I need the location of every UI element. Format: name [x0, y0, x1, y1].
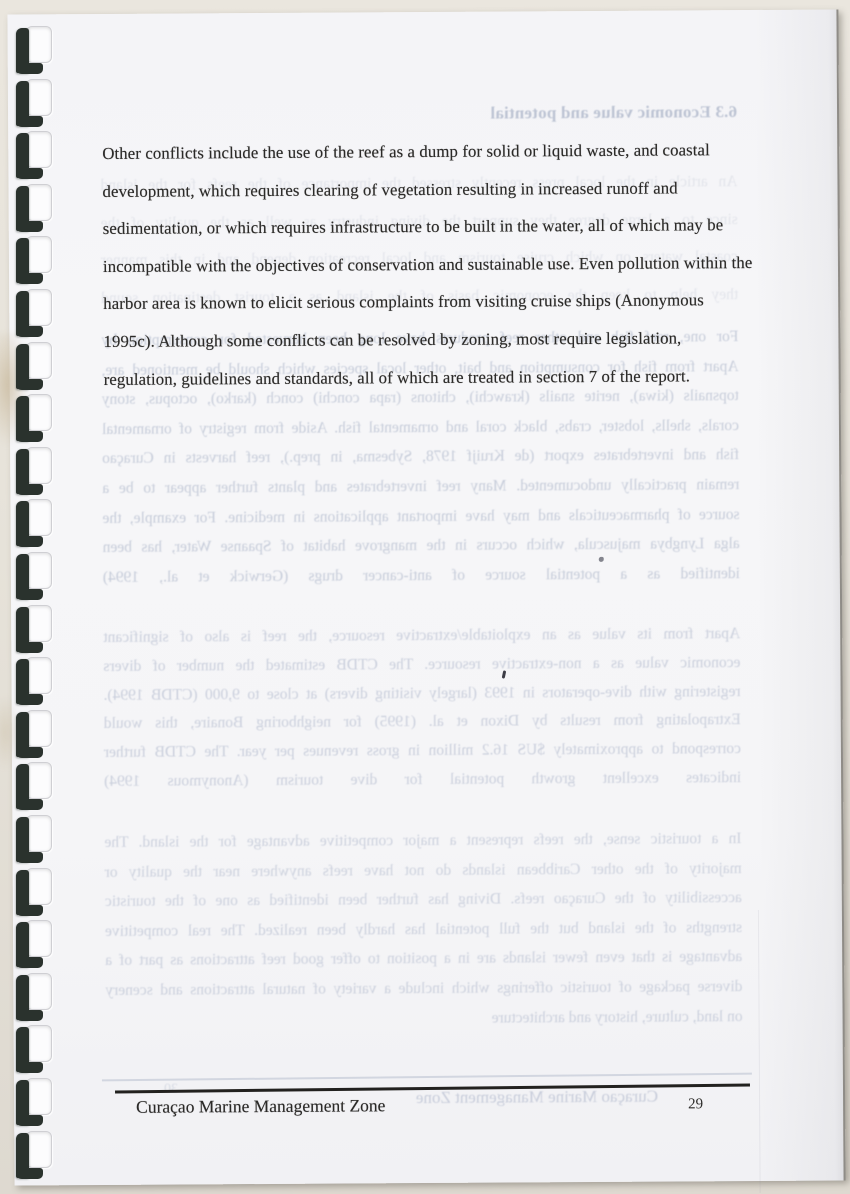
paper-sheet: 6.3 Economic value and potential An arti… [7, 9, 845, 1185]
comb-tooth-foot [16, 799, 43, 810]
body-text-line: Other conflicts include the use of the r… [102, 131, 746, 173]
comb-tooth-foot [16, 694, 43, 705]
punched-hole [26, 973, 52, 1010]
comb-tooth-foot [16, 1062, 43, 1073]
ghost-text-line: remain practically undocumented. Many re… [102, 470, 739, 503]
footer-rule [115, 1083, 750, 1092]
binding-tab [14, 1078, 66, 1128]
binding-tab [14, 552, 66, 602]
binding-tab [14, 79, 66, 129]
punched-hole [26, 920, 52, 957]
binding-tab [14, 657, 66, 707]
ghost-text-line: Apart from its value as an exploitable/e… [103, 620, 740, 653]
comb-tooth-foot [16, 905, 43, 916]
ghost-text-line: registering with dive-operators in 1993 … [104, 678, 741, 711]
punched-hole [26, 868, 52, 905]
ghost-text-line: Extrapolating from results by Dixon et a… [104, 706, 741, 739]
ghost-text-line: on land, culture, history and architectu… [105, 1002, 742, 1035]
binding-tab [14, 762, 66, 812]
binding-tab [14, 1131, 66, 1181]
comb-tooth-foot [16, 431, 43, 442]
binding-tab [14, 26, 66, 76]
binding-tab [14, 131, 66, 181]
punched-hole [26, 815, 52, 852]
punched-hole [26, 79, 52, 116]
comb-tooth-foot [16, 484, 43, 495]
binding-tab [14, 815, 66, 865]
comb-binding [14, 0, 70, 1194]
ghost-footer-rule [102, 1073, 752, 1082]
binding-tab [14, 342, 66, 392]
punched-hole [26, 762, 52, 799]
punched-hole [26, 1131, 52, 1168]
binding-tab [14, 499, 66, 549]
punched-hole [26, 499, 52, 536]
ghost-text-line: economic value as a non-extractive resou… [103, 649, 740, 682]
body-text-line: incompatible with the objectives of cons… [103, 244, 747, 286]
punched-hole [26, 447, 52, 484]
binding-tab [14, 289, 66, 339]
ink-speck [599, 557, 604, 562]
comb-tooth-foot [16, 273, 43, 284]
ghost-text-line: advantage is that even fewer islands are… [105, 942, 742, 975]
body-text-line: sedimentation, or which requires infrast… [103, 206, 747, 248]
comb-tooth-foot [16, 379, 43, 390]
punched-hole [26, 236, 52, 273]
ghost-text-line: correspond to approximately $US 16.2 mil… [104, 735, 741, 768]
binding-tab [14, 710, 66, 760]
punched-hole [26, 394, 52, 431]
ghost-text-line: In a touristic sense, the reefs represen… [104, 824, 741, 857]
binding-tab [14, 605, 66, 655]
punched-hole [26, 289, 52, 326]
punched-hole [26, 552, 52, 589]
ghost-section-header: 6.3 Economic value and potential [490, 102, 737, 124]
binding-tab [14, 973, 66, 1023]
ghost-text-line: source of pharmaceuticals and may have i… [102, 500, 739, 533]
comb-tooth-foot [16, 63, 43, 74]
binding-tab [14, 1025, 66, 1075]
ghost-text-line: alga Lyngbya majuscula, which occurs in … [103, 529, 740, 562]
ghost-text-line: fish and invertebrates export (de Kruijf… [102, 440, 739, 473]
comb-tooth-foot [16, 1115, 43, 1126]
punched-hole [26, 26, 52, 63]
punched-hole [26, 710, 52, 747]
punched-hole [26, 184, 52, 221]
comb-tooth-foot [16, 221, 43, 232]
scan-streak [758, 910, 761, 1193]
punched-hole [26, 657, 52, 694]
comb-tooth-foot [16, 326, 43, 337]
binding-tab [14, 236, 66, 286]
ghost-text-line: indicates excellent growth potential for… [104, 764, 741, 797]
body-paragraph: Other conflicts include the use of the r… [102, 131, 748, 398]
body-text-line: 1995c). Although some conflicts can be r… [103, 319, 747, 361]
binding-tab [14, 447, 66, 497]
ghost-paragraph-3: Apart from its value as an exploitable/e… [103, 620, 741, 797]
body-text-line: harbor area is known to elicit serious c… [103, 281, 747, 323]
comb-tooth-foot [16, 116, 43, 127]
ghost-paragraph-4: In a touristic sense, the reefs represen… [104, 824, 742, 1035]
comb-tooth-foot [16, 589, 43, 600]
binding-tab [14, 184, 66, 234]
punched-hole [26, 131, 52, 168]
footer-title: Curaçao Marine Management Zone [136, 1095, 385, 1118]
ghost-text-line: accessibility of the Curaçao reefs. Divi… [105, 883, 742, 916]
scanned-document-page: { "document": { "body_paragraph": { "lin… [0, 0, 850, 1194]
punched-hole [26, 1078, 52, 1115]
binding-tab [14, 394, 66, 444]
punched-hole [26, 342, 52, 379]
comb-tooth-foot [16, 1168, 43, 1179]
punched-hole [26, 605, 52, 642]
ghost-text-line: strengths of the island but the full pot… [105, 913, 742, 946]
ink-speck [502, 670, 507, 678]
body-text-line: regulation, guidelines and standards, al… [104, 357, 748, 399]
page-number: 29 [688, 1096, 703, 1113]
ghost-text-line: identified as a potential source of anti… [103, 559, 740, 592]
comb-tooth-foot [16, 168, 43, 179]
comb-tooth-foot [16, 642, 43, 653]
binding-tab [14, 920, 66, 970]
ghost-footer-title: Curaçao Marine Management Zone [416, 1087, 658, 1108]
comb-tooth-foot [16, 1010, 43, 1021]
ghost-text-line: diverse package of touristic offerings w… [105, 972, 742, 1005]
binding-tab [14, 868, 66, 918]
comb-tooth-foot [16, 747, 43, 758]
punched-hole [26, 1025, 52, 1062]
comb-tooth-foot [16, 852, 43, 863]
ghost-text-line: corals, shells, lobster, crabs, black co… [102, 411, 739, 444]
comb-tooth-foot [16, 957, 43, 968]
ghost-text-line: majority of the other Caribbean islands … [105, 854, 742, 887]
comb-tooth-foot [16, 536, 43, 547]
body-text-line: development, which requires clearing of … [102, 169, 746, 211]
